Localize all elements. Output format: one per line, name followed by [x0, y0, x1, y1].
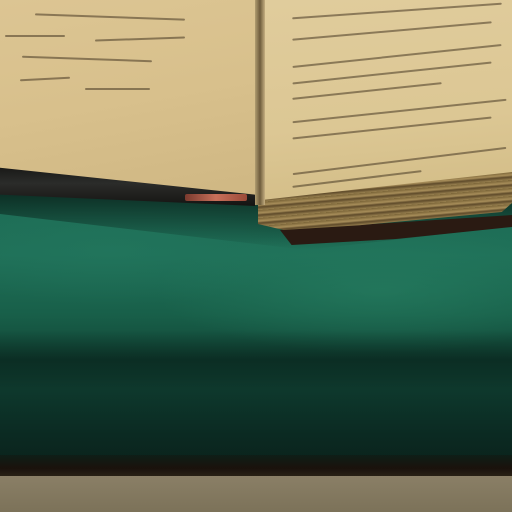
red-cover-edge — [185, 194, 247, 201]
photo-scene — [0, 0, 512, 512]
handwriting-line — [292, 82, 441, 100]
cloth-fold-shadow — [0, 330, 512, 390]
table-surface — [0, 476, 512, 512]
right-page — [262, 0, 512, 200]
book-gutter — [255, 0, 265, 205]
handwriting-line — [22, 56, 152, 63]
handwriting-line — [85, 88, 150, 90]
handwriting-line — [35, 13, 185, 20]
handwriting-line — [292, 21, 491, 40]
handwriting-line — [20, 77, 70, 82]
handwriting-line — [293, 147, 507, 175]
handwriting-line — [292, 62, 491, 85]
left-page — [0, 0, 258, 195]
handwriting-line — [5, 35, 65, 37]
handwriting-line — [292, 3, 502, 20]
cloth-edge-shadow — [0, 455, 512, 477]
handwriting-line — [95, 36, 185, 41]
